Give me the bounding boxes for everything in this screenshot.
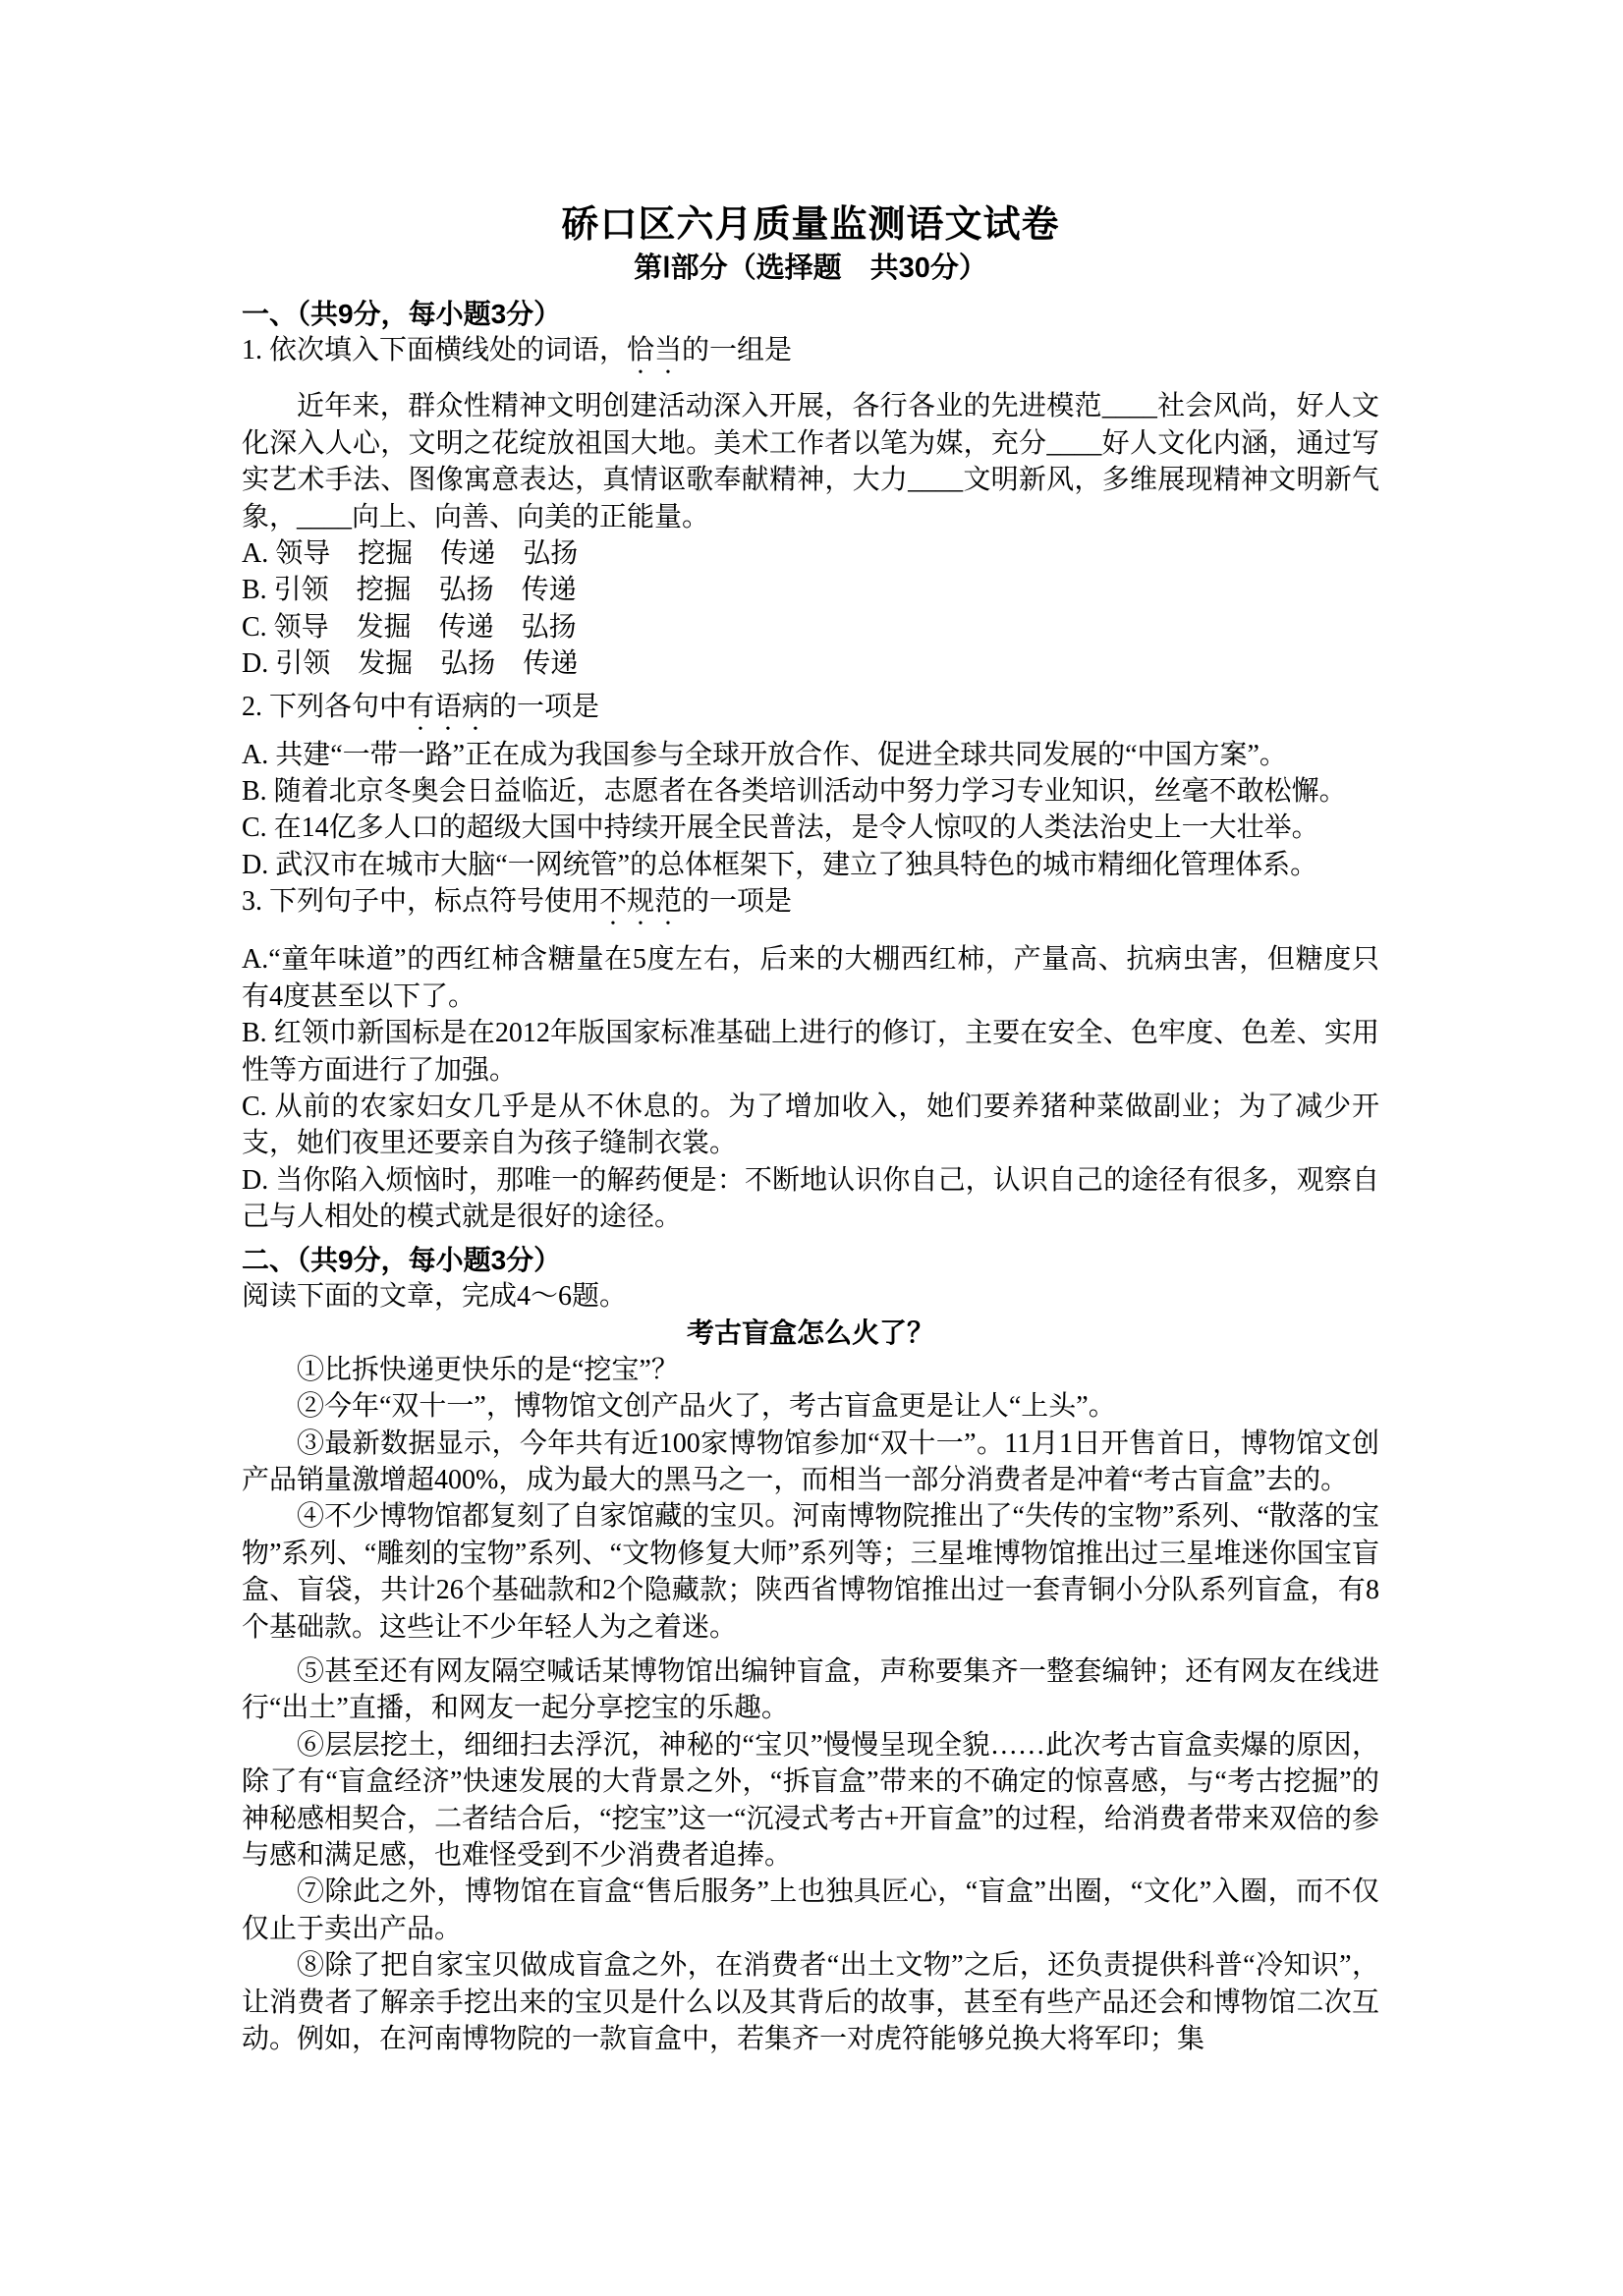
q2-option-b: B. 随着北京冬奥会日益临近，志愿者在各类培训活动中努力学习专业知识，丝毫不敢松…	[242, 773, 1379, 810]
section-two-header: 二、（共9分，每小题3分）	[242, 1242, 1379, 1278]
article-paragraph-2: ②今年“双十一”，博物馆文创产品火了，考古盲盒更是让人“上头”。	[242, 1388, 1379, 1425]
article-paragraph-4: ④不少博物馆都复刻了自家馆藏的宝贝。河南博物院推出了“失传的宝物”系列、“散落的…	[242, 1498, 1379, 1646]
q1-passage: 近年来，群众性精神文明创建活动深入开展，各行各业的先进模范____社会风尚，好人…	[242, 388, 1379, 535]
exam-content: 硚口区六月质量监测语文试卷 第Ⅰ部分（选择题 共30分） 一、（共9分，每小题3…	[242, 201, 1379, 2057]
q3-stem-prefix: 3. 下列句子中，标点符号使用	[242, 886, 599, 917]
q1-stem-emphasis: 恰当	[627, 335, 682, 365]
q1-option-d: D. 引领 发掘 弘扬 传递	[242, 645, 1379, 682]
q3-option-a: A.“童年味道”的西红柿含糖量在5度左右，后来的大棚西红柿，产量高、抗病虫害，但…	[242, 941, 1379, 1015]
q1-option-a: A. 领导 挖掘 传递 弘扬	[242, 535, 1379, 572]
q3-stem: 3. 下列句子中，标点符号使用不规范的一项是	[242, 883, 1379, 931]
doc-title: 硚口区六月质量监测语文试卷	[242, 201, 1379, 249]
q1-stem-prefix: 1. 依次填入下面横线处的词语，	[242, 335, 627, 365]
doc-subtitle: 第Ⅰ部分（选择题 共30分）	[242, 249, 1379, 288]
q1-stem: 1. 依次填入下面横线处的词语，恰当的一组是	[242, 332, 1379, 380]
article-paragraph-1: ①比拆快递更快乐的是“挖宝”？	[242, 1352, 1379, 1388]
q2-stem: 2. 下列各句中有语病的一项是	[242, 689, 1379, 737]
article-title: 考古盲盒怎么火了？	[242, 1315, 1379, 1351]
q1-option-b: B. 引领 挖掘 弘扬 传递	[242, 572, 1379, 608]
q3-option-c: C. 从前的农家妇女几乎是从不休息的。为了增加收入，她们要养猪种菜做副业；为了减…	[242, 1089, 1379, 1162]
q2-stem-prefix: 2. 下列各句中	[242, 692, 407, 722]
q3-stem-emphasis: 不规范	[599, 886, 682, 917]
article-paragraph-3: ③最新数据显示，今年共有近100家博物馆参加“双十一”。11月1日开售首日，博物…	[242, 1426, 1379, 1499]
q3-option-b: B. 红领巾新国标是在2012年版国家标准基础上进行的修订，主要在安全、色牢度、…	[242, 1015, 1379, 1089]
q1-option-c: C. 领导 发掘 传递 弘扬	[242, 609, 1379, 645]
q2-option-d: D. 武汉市在城市大脑“一网统管”的总体框架下，建立了独具特色的城市精细化管理体…	[242, 847, 1379, 883]
exam-page: 硚口区六月质量监测语文试卷 第Ⅰ部分（选择题 共30分） 一、（共9分，每小题3…	[0, 0, 1623, 2296]
article-paragraph-8: ⑧除了把自家宝贝做成盲盒之外，在消费者“出土文物”之后，还负责提供科普“冷知识”…	[242, 1947, 1379, 2057]
q2-option-a: A. 共建“一带一路”正在成为我国参与全球开放合作、促进全球共同发展的“中国方案…	[242, 737, 1379, 773]
article-paragraph-5: ⑤甚至还有网友隔空喊话某博物馆出编钟盲盒，声称要集齐一整套编钟；还有网友在线进行…	[242, 1653, 1379, 1727]
section-one-header: 一、（共9分，每小题3分）	[242, 296, 1379, 332]
q2-stem-suffix: 的一项是	[489, 692, 599, 722]
q3-option-d: D. 当你陷入烦恼时，那唯一的解药便是：不断地认识你自己，认识自己的途径有很多，…	[242, 1162, 1379, 1236]
q3-stem-suffix: 的一项是	[682, 886, 792, 917]
article-paragraph-6: ⑥层层挖土，细细扫去浮沉，神秘的“宝贝”慢慢呈现全貌……此次考古盲盒卖爆的原因，…	[242, 1727, 1379, 1875]
q2-stem-emphasis: 有语病	[407, 692, 489, 722]
q2-option-c: C. 在14亿多人口的超级大国中持续开展全民普法，是令人惊叹的人类法治史上一大壮…	[242, 810, 1379, 846]
q1-stem-suffix: 的一组是	[682, 335, 792, 365]
reading-instruction: 阅读下面的文章，完成4～6题。	[242, 1278, 1379, 1315]
article-paragraph-7: ⑦除此之外，博物馆在盲盒“售后服务”上也独具匠心，“盲盒”出圈，“文化”入圈，而…	[242, 1874, 1379, 1947]
